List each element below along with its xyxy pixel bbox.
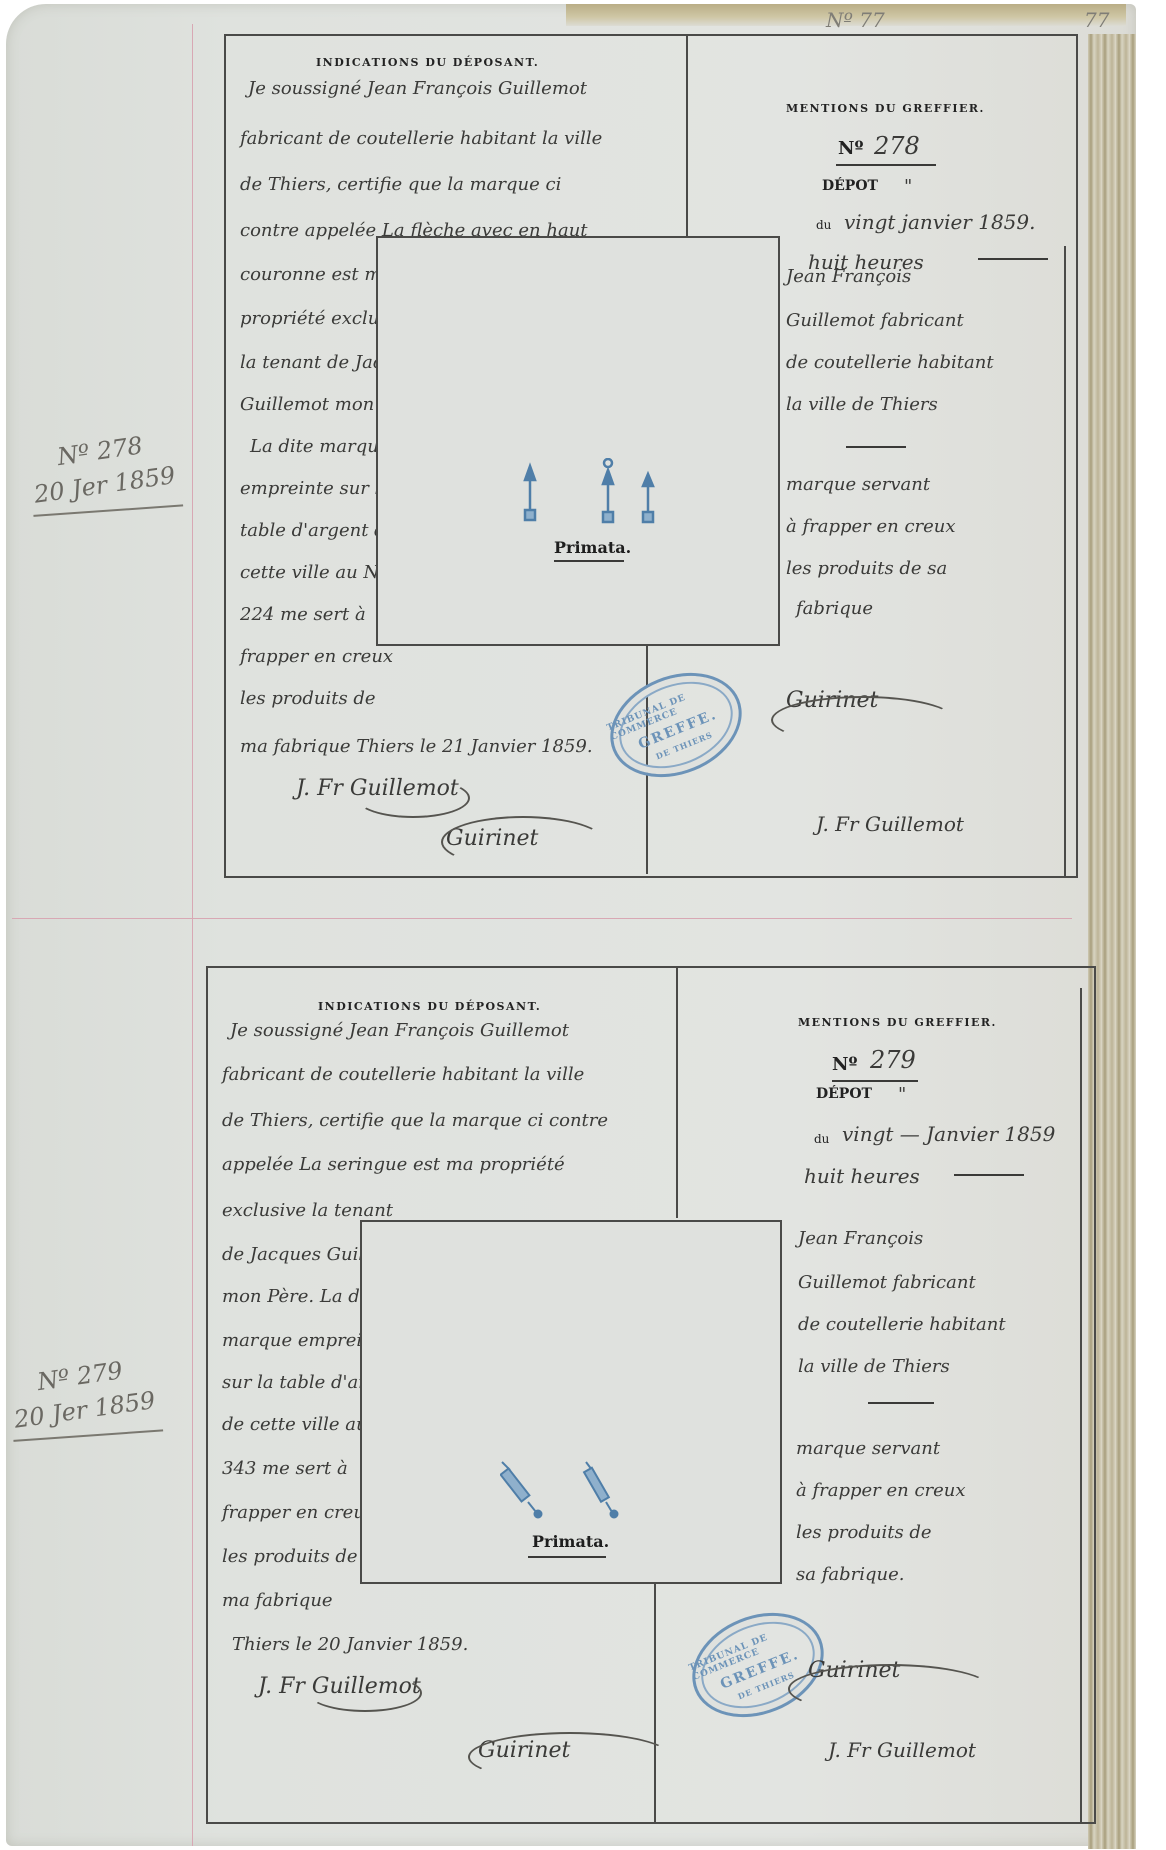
no-label: Nº bbox=[838, 138, 863, 159]
mention-line: les produits de bbox=[796, 1522, 932, 1543]
declaration-line: fabricant de coutellerie habitant la vil… bbox=[222, 1064, 584, 1085]
depot-mark: " bbox=[904, 176, 912, 197]
declaration-line: les produits de bbox=[222, 1546, 358, 1567]
declaration-line: 224 me sert à bbox=[240, 604, 366, 625]
mark-box: Primata. bbox=[360, 1220, 782, 1584]
mention-line: fabrique bbox=[796, 598, 873, 619]
clerk-flourish bbox=[468, 1732, 672, 1782]
left-header: Indications du déposant. bbox=[318, 1000, 541, 1013]
mention-line: Jean François bbox=[786, 266, 911, 287]
declaration-line: frapper en creux bbox=[240, 646, 393, 667]
entry-form-278: Indications du déposant. Mentions du gre… bbox=[224, 34, 1078, 878]
mention-line: Guillemot fabricant bbox=[798, 1272, 976, 1293]
margin-rule bbox=[192, 24, 193, 1846]
declaration-line: de Thiers, certifie que la marque ci con… bbox=[222, 1110, 608, 1131]
declaration-line: couronne est ma bbox=[240, 264, 392, 285]
deposit-date: vingt — Janvier 1859 bbox=[842, 1122, 1055, 1146]
declaration-line: les produits de bbox=[240, 688, 376, 709]
declaration-line: Thiers le 20 Janvier 1859. bbox=[232, 1634, 468, 1655]
depot-label: DÉPOT bbox=[822, 178, 878, 194]
entry-divider-rule bbox=[12, 918, 1072, 919]
page-number: 77 bbox=[1084, 8, 1109, 32]
mention-rule bbox=[846, 446, 906, 448]
declaration-line: empreinte sur la bbox=[240, 478, 391, 499]
mention-line: Jean François bbox=[798, 1228, 923, 1249]
mention-line: Guillemot fabricant bbox=[786, 310, 964, 331]
mark-box: Primata. bbox=[376, 236, 780, 646]
mention-line: la ville de Thiers bbox=[786, 394, 938, 415]
column-divider-upper bbox=[676, 968, 678, 1218]
signature-flourish bbox=[308, 1674, 422, 1712]
column-divider-lower bbox=[654, 1582, 656, 1822]
declaration-line: frapper en creux bbox=[222, 1502, 375, 1523]
margin-note-279: Nº 279 20 Jer 1859 bbox=[3, 1349, 162, 1447]
declaration-line: Je soussigné Jean François Guillemot bbox=[230, 1020, 569, 1041]
declaration-line: ma fabrique bbox=[222, 1590, 333, 1611]
declaration-line: ma fabrique Thiers le 21 Janvier 1859. bbox=[240, 736, 593, 757]
no-underline bbox=[832, 1080, 918, 1082]
no-value: 279 bbox=[870, 1046, 916, 1074]
deposit-hour: huit heures bbox=[804, 1164, 920, 1188]
deposit-date: vingt janvier 1859. bbox=[844, 210, 1035, 234]
greffe-stamp: TRIBUNAL DE COMMERCE GREFFE. DE THIERS bbox=[595, 654, 758, 796]
no-label: Nº bbox=[832, 1054, 857, 1075]
no-value: 278 bbox=[874, 132, 920, 160]
mark-label-underline bbox=[554, 560, 624, 562]
mark-arrows-icon bbox=[518, 458, 658, 528]
declaration-line: La dite marque bbox=[250, 436, 389, 457]
right-depositor-signature: J. Fr Guillemot bbox=[816, 812, 964, 836]
mark-label: Primata. bbox=[532, 1532, 609, 1551]
declaration-line: de Thiers, certifie que la marque ci bbox=[240, 174, 561, 195]
entry-form-279: Indications du déposant. Mentions du gre… bbox=[206, 966, 1096, 1824]
no-underline bbox=[836, 164, 936, 166]
du-label: du bbox=[814, 1132, 829, 1146]
margin-note-278: Nº 278 20 Jer 1859 bbox=[23, 424, 182, 522]
declaration-line: exclusive la tenant bbox=[222, 1200, 393, 1221]
mark-label-underline bbox=[528, 1556, 606, 1558]
declaration-line: appelée La seringue est ma propriété bbox=[222, 1154, 565, 1175]
right-inner-border bbox=[1064, 246, 1066, 876]
right-depositor-signature: J. Fr Guillemot bbox=[828, 1738, 976, 1762]
declaration-line: fabricant de coutellerie habitant la vil… bbox=[240, 128, 602, 149]
hour-rule bbox=[978, 258, 1048, 260]
mention-line: à frapper en creux bbox=[786, 516, 956, 537]
declaration-line: table d'argent de bbox=[240, 520, 396, 541]
mark-syringes-icon bbox=[500, 1458, 630, 1528]
right-header: Mentions du greffier. bbox=[786, 102, 985, 115]
right-clerk-flourish bbox=[771, 696, 955, 744]
mention-line: marque servant bbox=[786, 474, 930, 495]
declaration-line: cette ville au Nº bbox=[240, 562, 388, 583]
mention-line: les produits de sa bbox=[786, 558, 947, 579]
declaration-line: 343 me sert à bbox=[222, 1458, 348, 1479]
mention-line: de coutellerie habitant bbox=[786, 352, 994, 373]
mention-rule bbox=[868, 1402, 934, 1404]
hour-rule bbox=[954, 1174, 1024, 1176]
column-divider-upper bbox=[686, 36, 688, 236]
folio-note: Nº 77 bbox=[826, 8, 885, 32]
mention-line: de coutellerie habitant bbox=[798, 1314, 1006, 1335]
mention-line: à frapper en creux bbox=[796, 1480, 966, 1501]
depot-mark: " bbox=[898, 1084, 906, 1105]
du-label: du bbox=[816, 218, 831, 232]
mention-line: sa fabrique. bbox=[796, 1564, 904, 1585]
declaration-line: Je soussigné Jean François Guillemot bbox=[248, 78, 587, 99]
right-clerk-flourish bbox=[788, 1664, 992, 1714]
depot-label: DÉPOT bbox=[816, 1086, 872, 1102]
right-header: Mentions du greffier. bbox=[798, 1016, 997, 1029]
mention-line: la ville de Thiers bbox=[798, 1356, 950, 1377]
right-inner-border bbox=[1080, 988, 1082, 1822]
register-page: Nº 77 77 Nº 278 20 Jer 1859 Nº 279 20 Je… bbox=[6, 4, 1136, 1846]
signature-flourish bbox=[356, 778, 470, 818]
left-header: Indications du déposant. bbox=[316, 56, 539, 69]
clerk-flourish bbox=[441, 816, 605, 868]
mark-label: Primata. bbox=[554, 538, 631, 557]
mention-line: marque servant bbox=[796, 1438, 940, 1459]
